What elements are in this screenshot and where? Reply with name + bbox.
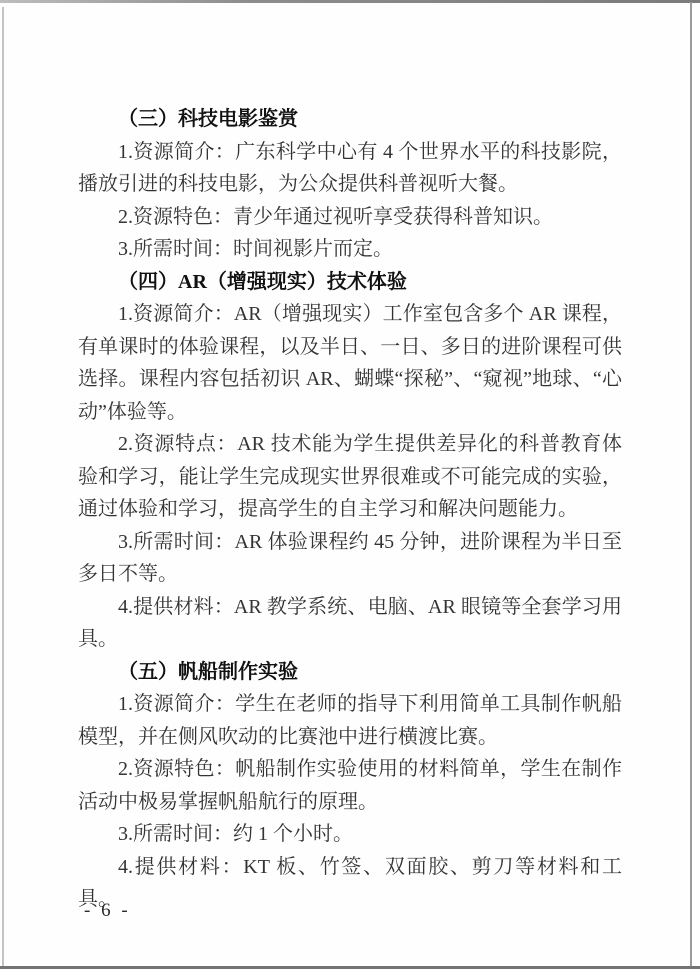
- scan-edge-left: [2, 7, 4, 969]
- section-paragraph: 3.所需时间：约 1 个小时。: [78, 818, 622, 851]
- scan-edge-top: [0, 0, 700, 3]
- section-heading: （三）科技电影鉴赏: [78, 103, 622, 136]
- section-paragraph: 1.资源简介：学生在老师的指导下利用简单工具制作帆船模型，并在侧风吹动的比赛池中…: [78, 688, 622, 753]
- section-paragraph: 2.资源特点：AR 技术能为学生提供差异化的科普教育体验和学习，能让学生完成现实…: [78, 428, 622, 526]
- section-heading: （五）帆船制作实验: [78, 656, 622, 689]
- section-paragraph: 4.提供材料：AR 教学系统、电脑、AR 眼镜等全套学习用具。: [78, 591, 622, 656]
- section-paragraph: 4.提供材料：KT 板、竹签、双面胶、剪刀等材料和工具。: [78, 851, 622, 916]
- document-body: （三）科技电影鉴赏1.资源简介：广东科学中心有 4 个世界水平的科技影院，播放引…: [78, 103, 622, 916]
- section-heading: （四）AR（增强现实）技术体验: [78, 266, 622, 299]
- section-paragraph: 1.资源简介：AR（增强现实）工作室包含多个 AR 课程，有单课时的体验课程，以…: [78, 298, 622, 428]
- section-paragraph: 3.所需时间：时间视影片而定。: [78, 233, 622, 266]
- document-page: （三）科技电影鉴赏1.资源简介：广东科学中心有 4 个世界水平的科技影院，播放引…: [0, 0, 700, 969]
- section-paragraph: 1.资源简介：广东科学中心有 4 个世界水平的科技影院，播放引进的科技电影，为公…: [78, 136, 622, 201]
- scan-edge-right: [690, 2, 692, 969]
- page-number: - 6 -: [84, 900, 131, 922]
- section-paragraph: 2.资源特色：青少年通过视听享受获得科普知识。: [78, 201, 622, 234]
- scanned-document: { "document": { "page_number": "- 6 -", …: [0, 0, 700, 969]
- section-paragraph: 2.资源特色：帆船制作实验使用的材料简单，学生在制作活动中极易掌握帆船航行的原理…: [78, 753, 622, 818]
- section-paragraph: 3.所需时间：AR 体验课程约 45 分钟，进阶课程为半日至多日不等。: [78, 526, 622, 591]
